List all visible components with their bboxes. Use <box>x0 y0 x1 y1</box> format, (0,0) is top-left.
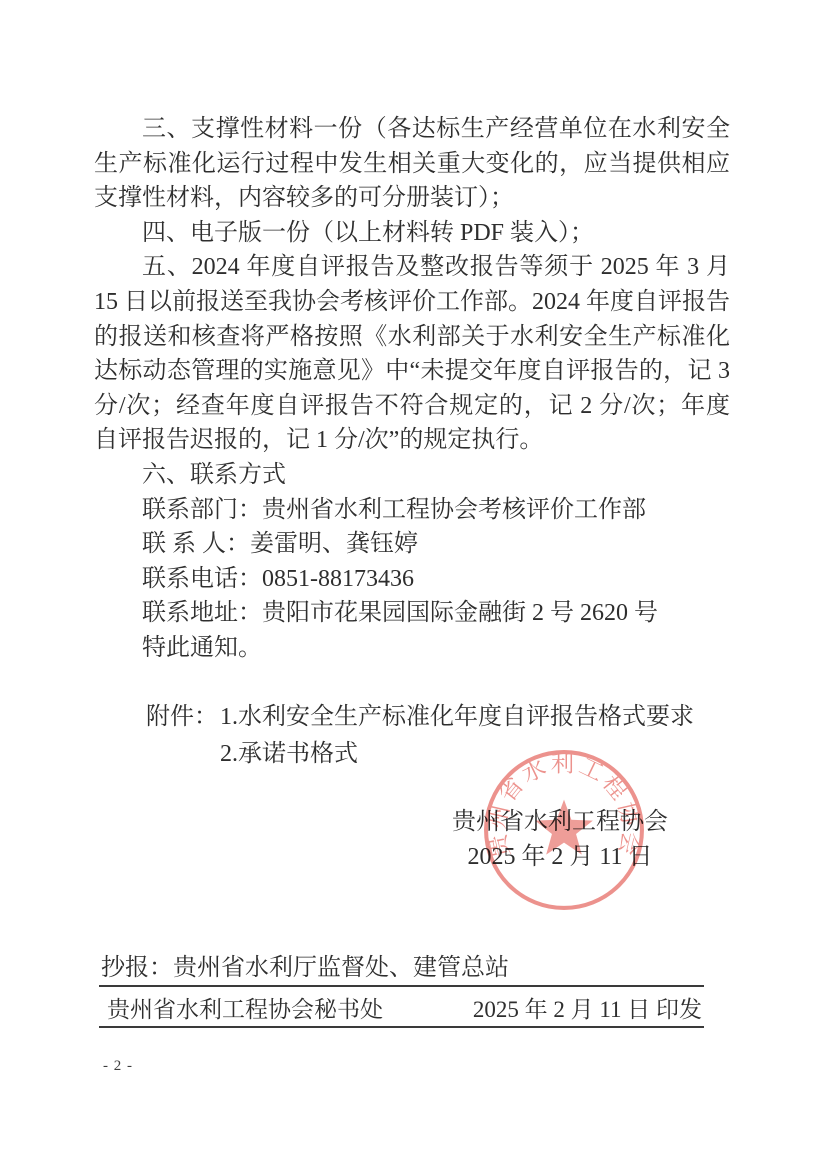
copy-to-line: 抄报：贵州省水利厅监督处、建管总站 <box>101 953 509 983</box>
paragraph-item-3: 三、支撑性材料一份（各达标生产经营单位在水利安全生产标准化运行过程中发生相关重大… <box>94 112 730 216</box>
attachment-item: 1.水利安全生产标准化年度自评报告格式要求 <box>220 699 694 736</box>
attachments-label: 附件： <box>146 699 218 736</box>
contact-person-line: 联 系 人：姜雷明、龚钰婷 <box>94 527 730 562</box>
issuer-name: 贵州省水利工程协会秘书处 <box>107 997 383 1023</box>
paragraph-item-5: 五、2024 年度自评报告及整改报告等须于 2025 年 3 月 15 日以前报… <box>94 250 730 458</box>
footer-divider-top <box>99 985 704 987</box>
issue-date: 2025 年 2 月 11 日 印发 <box>473 997 702 1023</box>
issuer-row: 贵州省水利工程协会秘书处 2025 年 2 月 11 日 印发 <box>99 997 704 1023</box>
document-body: 三、支撑性材料一份（各达标生产经营单位在水利安全生产标准化运行过程中发生相关重大… <box>94 112 730 666</box>
footer-divider-bottom <box>99 1026 704 1028</box>
contact-phone-line: 联系电话：0851-88173436 <box>94 562 730 597</box>
signature-block: 贵州省水利工程协会 2025 年 2 月 11 日 <box>415 805 705 875</box>
attachments-block: 附件： 1.水利安全生产标准化年度自评报告格式要求 2.承诺书格式 <box>146 699 694 772</box>
attachment-item: 2.承诺书格式 <box>220 736 694 773</box>
contact-department-line: 联系部门：贵州省水利工程协会考核评价工作部 <box>94 493 730 528</box>
attachments-list: 1.水利安全生产标准化年度自评报告格式要求 2.承诺书格式 <box>220 699 694 772</box>
signature-organization: 贵州省水利工程协会 <box>415 805 705 840</box>
page-number: - 2 - <box>103 1058 133 1075</box>
heading-item-6: 六、联系方式 <box>94 458 730 493</box>
signature-date: 2025 年 2 月 11 日 <box>415 840 705 875</box>
closing-line: 特此通知。 <box>94 631 730 666</box>
document-page: 三、支撑性材料一份（各达标生产经营单位在水利安全生产标准化运行过程中发生相关重大… <box>0 0 823 1164</box>
contact-address-line: 联系地址：贵阳市花果园国际金融街 2 号 2620 号 <box>94 596 730 631</box>
paragraph-item-4: 四、电子版一份（以上材料转 PDF 装入）； <box>94 216 730 251</box>
